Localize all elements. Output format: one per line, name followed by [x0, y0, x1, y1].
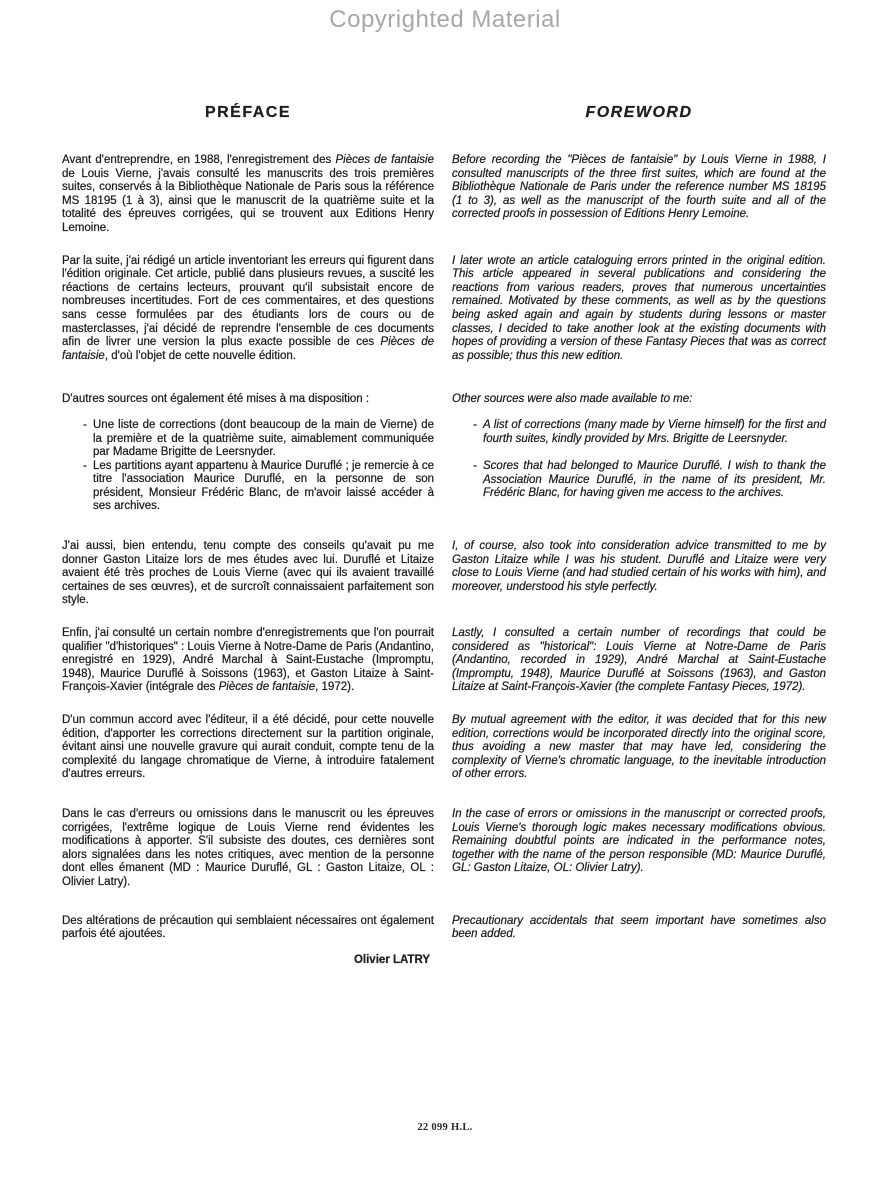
preface-page: Copyrighted Material PRÉFACE FOREWORD Av…: [0, 0, 890, 1200]
paragraph-row: Enfin, j'ai consulté un certain nombre d…: [62, 627, 826, 695]
preface-bullet-item-2: Les partitions ayant appartenu à Maurice…: [93, 460, 434, 514]
preface-paragraph-4: Enfin, j'ai consulté un certain nombre d…: [62, 627, 434, 695]
foreword-paragraph-2: I later wrote an article cataloguing err…: [452, 255, 826, 364]
preface-bullet-list: Une liste de corrections (dont beaucoup …: [62, 419, 434, 514]
preface-paragraph-2: Par la suite, j'ai rédigé un article inv…: [62, 255, 434, 364]
headings-row: PRÉFACE FOREWORD: [62, 96, 826, 122]
foreword-sources-intro: Other sources were also made available t…: [452, 393, 826, 407]
paragraph-row: D'un commun accord avec l'éditeur, il a …: [62, 714, 826, 782]
foreword-heading: FOREWORD: [452, 104, 826, 122]
preface-paragraph-1: Avant d'entreprendre, en 1988, l'enregis…: [62, 154, 434, 236]
two-column-content: PRÉFACE FOREWORD Avant d'entreprendre, e…: [62, 96, 826, 986]
plate-number: 22 099 H.L.: [0, 1122, 890, 1133]
preface-sources-intro: D'autres sources ont également été mises…: [62, 393, 434, 407]
foreword-paragraph-4: Lastly, I consulted a certain number of …: [452, 627, 826, 695]
preface-paragraph-6: Dans le cas d'erreurs ou omissions dans …: [62, 808, 434, 890]
paragraph-row: Des altérations de précaution qui sembla…: [62, 915, 826, 942]
foreword-bullet-item-2: Scores that had belonged to Maurice Duru…: [483, 460, 826, 501]
author-signature: Olivier LATRY: [62, 954, 438, 968]
foreword-paragraph-5: By mutual agreement with the editor, it …: [452, 714, 826, 782]
bullet-list-row: Une liste de corrections (dont beaucoup …: [62, 419, 826, 514]
signature-row: Olivier LATRY: [62, 954, 826, 968]
copyright-watermark: Copyrighted Material: [0, 6, 890, 34]
foreword-paragraph-7: Precautionary accidentals that seem impo…: [452, 915, 826, 942]
preface-heading-cell: PRÉFACE: [62, 96, 434, 122]
preface-bullet-item-1: Une liste de corrections (dont beaucoup …: [93, 419, 434, 460]
foreword-bullet-item-1: A list of corrections (many made by Vier…: [483, 419, 826, 446]
paragraph-row: Dans le cas d'erreurs ou omissions dans …: [62, 808, 826, 890]
paragraph-row: J'ai aussi, bien entendu, tenu compte de…: [62, 540, 826, 608]
foreword-heading-cell: FOREWORD: [452, 96, 826, 122]
preface-heading: PRÉFACE: [62, 104, 434, 122]
preface-paragraph-3: J'ai aussi, bien entendu, tenu compte de…: [62, 540, 434, 608]
paragraph-row: Par la suite, j'ai rédigé un article inv…: [62, 255, 826, 364]
foreword-paragraph-3: I, of course, also took into considerati…: [452, 540, 826, 608]
foreword-paragraph-6: In the case of errors or omissions in th…: [452, 808, 826, 890]
preface-paragraph-5: D'un commun accord avec l'éditeur, il a …: [62, 714, 434, 782]
paragraph-row: Avant d'entreprendre, en 1988, l'enregis…: [62, 154, 826, 236]
preface-paragraph-7: Des altérations de précaution qui sembla…: [62, 915, 434, 942]
foreword-bullet-list: A list of corrections (many made by Vier…: [452, 419, 826, 514]
sources-intro-row: D'autres sources ont également été mises…: [62, 393, 826, 407]
foreword-paragraph-1: Before recording the "Pièces de fantaisi…: [452, 154, 826, 236]
signature-spacer: [456, 954, 826, 968]
